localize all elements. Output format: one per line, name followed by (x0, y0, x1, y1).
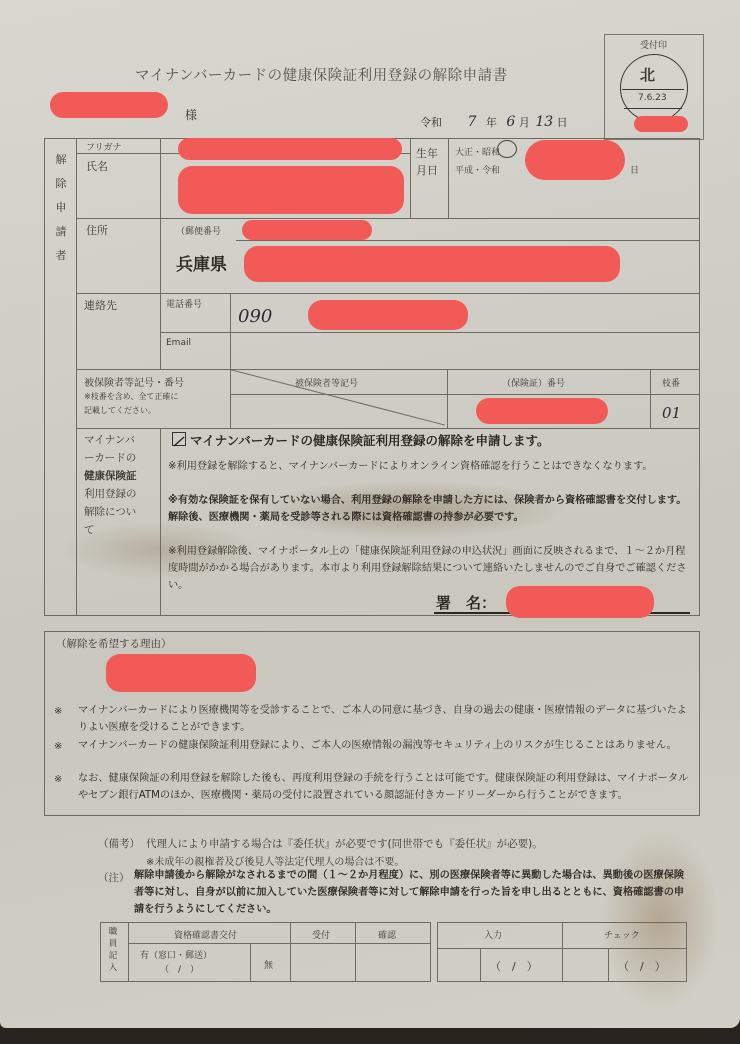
biko-label: （備考） (98, 836, 140, 851)
signature-label: 署 名： (436, 592, 496, 613)
redacted-postal-code (242, 220, 372, 240)
redacted-phone (308, 300, 468, 330)
email-label: Email (166, 338, 191, 348)
birth-label-1: 生年 (416, 145, 438, 161)
redacted-signature[interactable] (506, 586, 654, 618)
cancellation-note-1: ※利用登録を解除すると、マイナンバーカードによりオンライン資格確認を行うことはで… (168, 458, 692, 475)
redacted-stamp (634, 116, 688, 132)
reason-bullet: ※ (54, 706, 62, 717)
cancellation-checkbox-label: マイナンバーカードの健康保険証利用登録の解除を申請します。 (190, 431, 550, 449)
contact-label: 連絡先 (84, 297, 117, 313)
postal-label: （郵便番号 (176, 224, 221, 237)
reason-bullet: ※ (54, 774, 62, 785)
redacted-birthdate (525, 140, 625, 180)
issue-no: 無 (264, 958, 273, 971)
input-date: （ / ） (490, 958, 538, 974)
biko-text: 代理人により申請する場合は『委任状』が必要です(同世帯でも『委任状』が必要)。 (146, 836, 543, 851)
issue-yes: 有（窓口・郵送） (140, 948, 212, 961)
applicant-section-label: 解除申請者 (54, 148, 68, 268)
birth-day-unit: 日 (630, 163, 639, 176)
chu-label: （注） (98, 870, 130, 885)
form-title: マイナンバーカードの健康保険証利用登録の解除申請書 (135, 64, 508, 85)
reason-note-3: なお、健康保険証の利用登録を解除した後も、再度利用登録の手続を行うことは可能です… (78, 770, 690, 804)
address-label: 住所 (86, 222, 108, 238)
date-month: 6 (506, 114, 515, 130)
addressee-suffix: 様 (185, 106, 197, 123)
redacted-insurance-number (476, 398, 608, 424)
birth-era-1: 大正・昭和 (455, 145, 500, 158)
stain (600, 830, 720, 1010)
cancellation-note-2: ※有効な保険証を保有していない場合、利用登録の解除を申請した方には、保険者から資… (168, 492, 692, 526)
branch-value: 01 (662, 404, 681, 422)
date-month-unit: 月 (519, 116, 530, 129)
checkmark-icon (173, 436, 185, 448)
check-header: チェック (604, 928, 640, 941)
application-form-paper: マイナンバーカードの健康保険証利用登録の解除申請書 様 令和 7 年 6 月 1… (0, 0, 740, 1028)
redacted-address (244, 246, 620, 282)
reception-stamp-label: 受付印 (640, 38, 667, 51)
insurance-note-1: ※枝番を含め、全て正確に (84, 391, 178, 402)
date-day: 13 (535, 114, 553, 130)
reason-note-2: マイナンバーカードの健康保険証利用登録により、ご本人の医療情報の漏洩等セキュリテ… (78, 737, 690, 754)
confirm-header: 確認 (378, 928, 396, 941)
redacted-name (178, 166, 404, 214)
date-year: 7 (468, 114, 477, 130)
issue-header: 資格確認書交付 (174, 928, 237, 941)
check-date: （ / ） (618, 958, 666, 974)
birth-era-circle (497, 140, 517, 158)
staff-side-label: 職員記入 (106, 926, 120, 974)
name-label: 氏名 (86, 158, 108, 174)
reason-label: （解除を希望する理由） (56, 636, 172, 651)
issue-date: （ / ） (160, 962, 199, 975)
cancellation-checkbox[interactable] (172, 432, 186, 446)
stamp-date: 7.6.23 (638, 93, 667, 103)
reason-bullet: ※ (54, 741, 62, 752)
chu-text: 解除申請後から解除がなされるまでの間（１～２か月程度）に、別の医療保険者等に異動… (134, 867, 694, 918)
application-date: 令和 7 年 6 月 13 日 (420, 114, 568, 130)
prefecture: 兵庫県 (176, 250, 227, 275)
date-year-unit: 年 (486, 116, 497, 129)
insurance-number-header: （保険証）番号 (502, 376, 565, 389)
date-day-unit: 日 (557, 116, 568, 129)
stamp-office: 北 (640, 64, 655, 85)
branch-header: 枝番 (662, 376, 680, 389)
redacted-reason[interactable] (106, 654, 256, 692)
phone-prefix: 090 (238, 306, 272, 327)
cancellation-side-label: マイナンバ ーカードの 健康保険証 利用登録の 解除につい て (84, 431, 156, 539)
input-header: 入力 (484, 928, 502, 941)
redacted-furigana (178, 138, 402, 160)
insurance-label: 被保険者等記号・番号 (84, 374, 184, 389)
redacted-addressee (50, 92, 168, 118)
insurance-note-2: 記載してください。 (84, 405, 156, 416)
phone-label: 電話番号 (166, 297, 202, 310)
furigana-label: フリガナ (86, 140, 122, 153)
birth-label-2: 月日 (416, 162, 438, 178)
birth-era-2: 平成・令和 (455, 163, 500, 176)
date-era: 令和 (420, 116, 442, 129)
biko-sub: ※未成年の親権者及び後見人等法定代理人の場合は不要。 (146, 853, 404, 868)
insurance-symbol-header: 被保険者等記号 (295, 376, 358, 389)
received-header: 受付 (312, 928, 330, 941)
reason-note-1: マイナンバーカードにより医療機関等を受診することで、ご本人の同意に基づき、自身の… (78, 702, 690, 736)
